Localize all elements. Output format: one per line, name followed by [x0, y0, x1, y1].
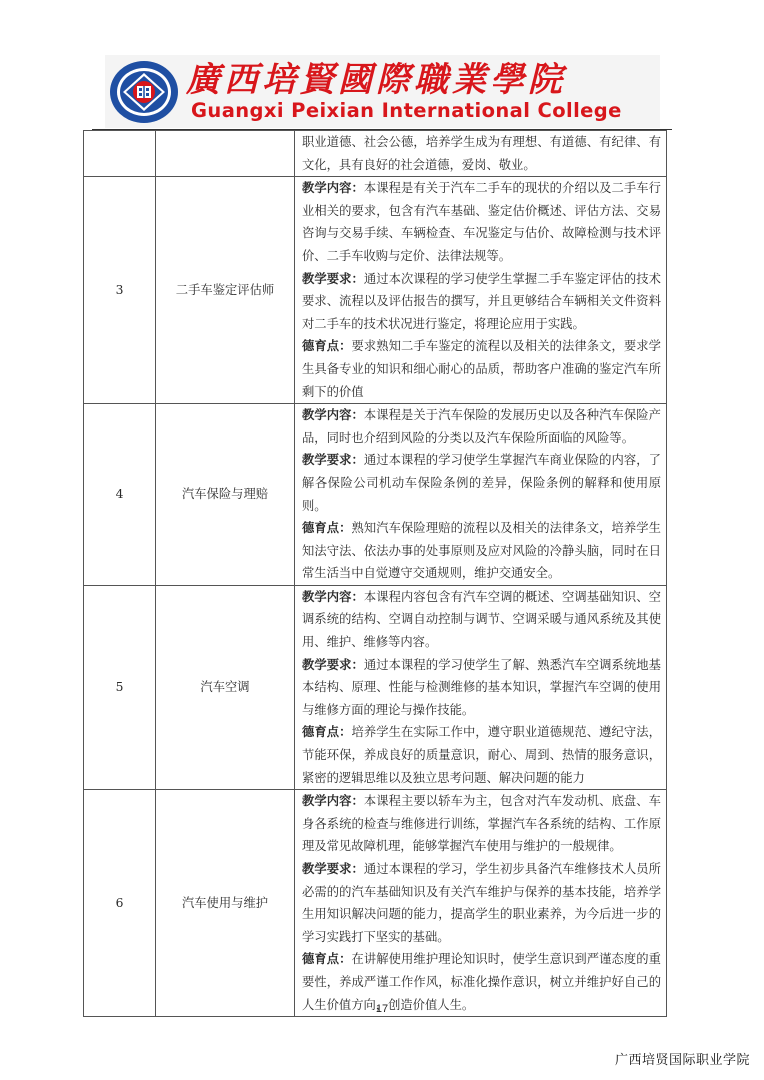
table-row: 5 汽车空调 教学内容：本课程内容包含有汽车空调的概述、空调基础知识、空调系统的…: [84, 585, 667, 789]
teaching-requirements: 教学要求：通过本课程的学习使学生掌握汽车商业保险的内容，了解各保险公司机动车保险…: [302, 449, 661, 517]
course-description-cell: 职业道德、社会公德，培养学生成为有理想、有道德、有纪律、有文化，具有良好的社会道…: [295, 131, 667, 177]
section-label: 教学要求：: [302, 861, 364, 876]
course-number-cell: 4: [84, 404, 156, 586]
teaching-content: 教学内容：本课程内容包含有汽车空调的概述、空调基础知识、空调系统的结构、空调自动…: [302, 586, 661, 654]
section-label: 教学内容：: [302, 407, 364, 422]
course-description-cell: 教学内容：本课程是关于汽车保险的发展历史以及各种汽车保险产品，同时也介绍到风险的…: [295, 404, 667, 586]
teaching-content: 教学内容：本课程是有关于汽车二手车的现状的介绍以及二手车行业相关的要求，包含有汽…: [302, 177, 661, 267]
course-number-cell: 3: [84, 177, 156, 404]
course-number-cell: [84, 131, 156, 177]
course-table: 职业道德、社会公德，培养学生成为有理想、有道德、有纪律、有文化，具有良好的社会道…: [83, 130, 667, 1017]
course-number-cell: 6: [84, 790, 156, 1017]
course-number-cell: 5: [84, 585, 156, 789]
moral-education-points: 德育点：熟知汽车保险理赔的流程以及相关的法律条文，培养学生知法守法、依法办事的处…: [302, 517, 661, 585]
section-label: 教学要求：: [302, 657, 364, 672]
course-description-cell: 教学内容：本课程主要以轿车为主，包含对汽车发动机、底盘、车身各系统的检查与维修进…: [295, 790, 667, 1017]
table-row-continuation: 职业道德、社会公德，培养学生成为有理想、有道德、有纪律、有文化，具有良好的社会道…: [84, 131, 667, 177]
section-label: 教学要求：: [302, 271, 364, 286]
teaching-requirements: 教学要求：通过本课程的学习，学生初步具备汽车维修技术人员所必需的的汽车基础知识及…: [302, 858, 661, 948]
section-label: 教学内容：: [302, 793, 364, 808]
footer-college-name: 广西培贤国际职业学院: [615, 1049, 750, 1068]
moral-education-points: 德育点：培养学生在实际工作中，遵守职业道德规范、遵纪守法，节能环保，养成良好的质…: [302, 721, 661, 789]
section-label: 德育点：: [302, 951, 352, 966]
college-name-english: Guangxi Peixian International College: [191, 99, 622, 123]
section-label: 德育点：: [302, 338, 352, 353]
description-text: 职业道德、社会公德，培养学生成为有理想、有道德、有纪律、有文化，具有良好的社会道…: [302, 131, 661, 176]
table-row: 6 汽车使用与维护 教学内容：本课程主要以轿车为主，包含对汽车发动机、底盘、车身…: [84, 790, 667, 1017]
section-label: 教学内容：: [302, 589, 364, 604]
course-name-cell: 二手车鉴定评估师: [156, 177, 295, 404]
course-name-cell: [156, 131, 295, 177]
course-description-cell: 教学内容：本课程内容包含有汽车空调的概述、空调基础知识、空调系统的结构、空调自动…: [295, 585, 667, 789]
course-name-cell: 汽车空调: [156, 585, 295, 789]
section-label: 教学内容：: [302, 180, 364, 195]
section-label: 德育点：: [302, 520, 352, 535]
teaching-content: 教学内容：本课程主要以轿车为主，包含对汽车发动机、底盘、车身各系统的检查与维修进…: [302, 790, 661, 858]
section-text: 培养学生在实际工作中，遵守职业道德规范、遵纪守法，节能环保，养成良好的质量意识，…: [302, 725, 661, 784]
course-name-cell: 汽车保险与理赔: [156, 404, 295, 586]
section-label: 德育点：: [302, 724, 352, 739]
college-emblem-icon: [109, 60, 179, 124]
moral-education-points: 德育点：要求熟知二手车鉴定的流程以及相关的法律条文，要求学生具备专业的知识和细心…: [302, 335, 661, 403]
section-text: 要求熟知二手车鉴定的流程以及相关的法律条文，要求学生具备专业的知识和细心耐心的品…: [302, 339, 661, 398]
page-number: 17: [0, 1003, 764, 1015]
table-row: 4 汽车保险与理赔 教学内容：本课程是关于汽车保险的发展历史以及各种汽车保险产品…: [84, 404, 667, 586]
teaching-requirements: 教学要求：通过本次课程的学习使学生掌握二手车鉴定评估的技术要求、流程以及评估报告…: [302, 268, 661, 336]
section-text: 熟知汽车保险理赔的流程以及相关的法律条文，培养学生知法守法、依法办事的处事原则及…: [302, 521, 661, 580]
section-label: 教学要求：: [302, 452, 364, 467]
table-row: 3 二手车鉴定评估师 教学内容：本课程是有关于汽车二手车的现状的介绍以及二手车行…: [84, 177, 667, 404]
course-name-cell: 汽车使用与维护: [156, 790, 295, 1017]
college-name-chinese: 廣西培賢國際職業學院: [186, 60, 566, 100]
course-description-cell: 教学内容：本课程是有关于汽车二手车的现状的介绍以及二手车行业相关的要求，包含有汽…: [295, 177, 667, 404]
teaching-content: 教学内容：本课程是关于汽车保险的发展历史以及各种汽车保险产品，同时也介绍到风险的…: [302, 404, 661, 449]
teaching-requirements: 教学要求：通过本课程的学习使学生了解、熟悉汽车空调系统地基本结构、原理、性能与检…: [302, 654, 661, 722]
